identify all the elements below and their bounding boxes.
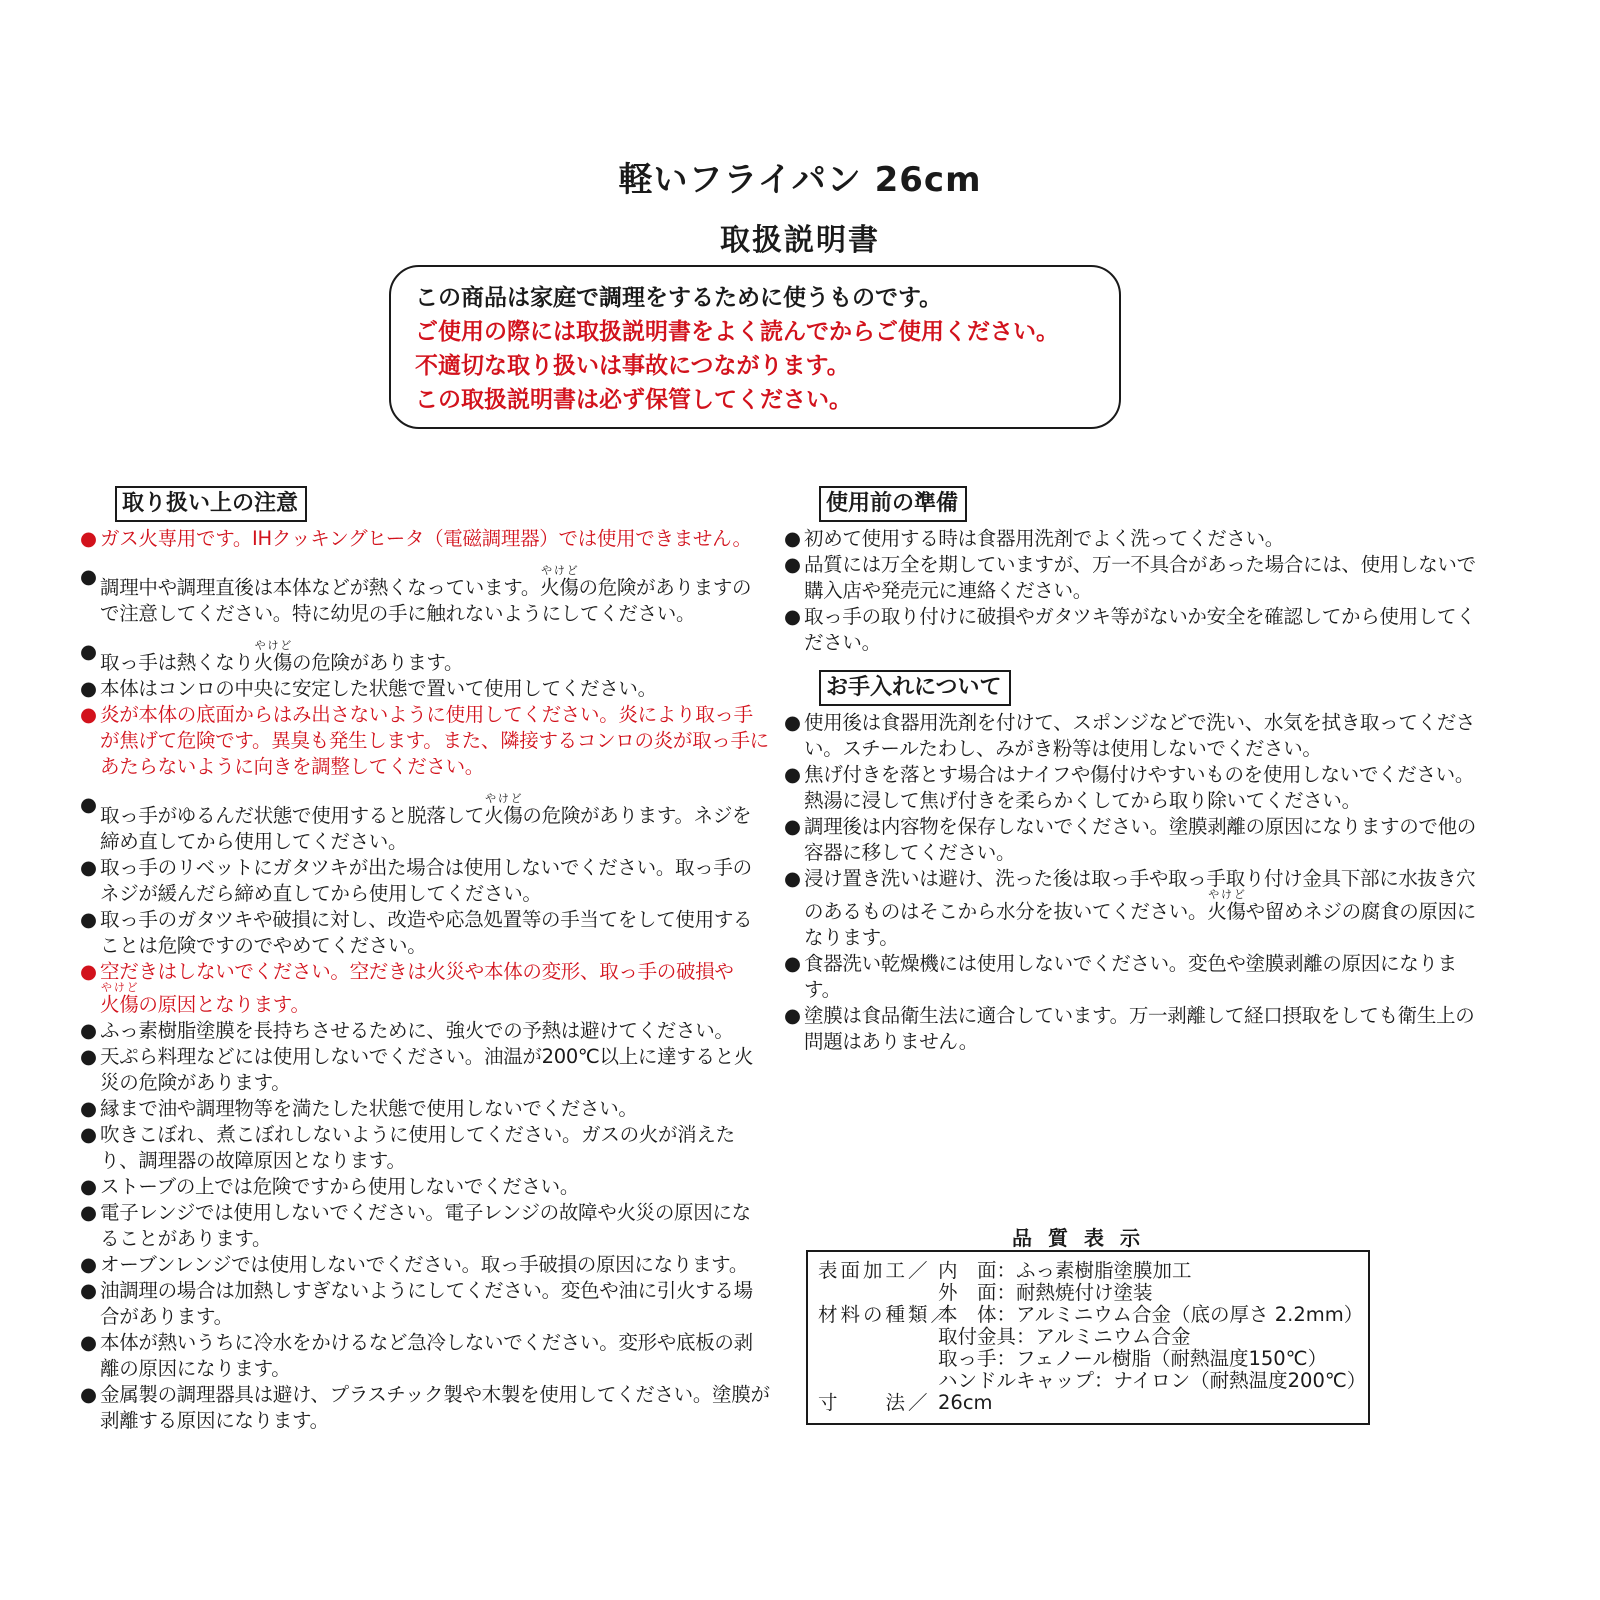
furigana: 火傷やけど — [484, 804, 522, 827]
quality-row: 外 面：耐熱焼付け塗装 — [818, 1282, 1368, 1304]
item-text: 初めて使用する時は食器用洗剤でよく洗ってください。 — [804, 527, 1284, 550]
item-text: 食器洗い乾燥機には使用しないでください。変色や塗膜剥離の原因になります。 — [804, 952, 1457, 1001]
list-item: ●調理中や調理直後は本体などが熱くなっています。火傷やけどの危険がありますので注… — [80, 564, 770, 627]
item-text: ガス火専用です。IHクッキングヒータ（電磁調理器）では使用できません。 — [100, 527, 752, 550]
list-item: ●使用後は食器用洗剤を付けて、スポンジなどで洗い、水気を拭き取ってください。スチ… — [784, 710, 1484, 762]
item-text: オーブンレンジでは使用しないでください。取っ手破損の原因になります。 — [100, 1253, 748, 1276]
list-item: ●調理後は内容物を保存しないでください。塗膜剥離の原因になりますので他の容器に移… — [784, 814, 1484, 866]
list-item: ●金属製の調理器具は避け、プラスチック製や木製を使用してください。塗膜が剥離する… — [80, 1382, 770, 1434]
bullet-icon: ● — [80, 1044, 97, 1070]
bullet-icon: ● — [80, 855, 97, 881]
quality-part: 取付金具 — [938, 1326, 1016, 1348]
item-text: 取っ手がゆるんだ状態で使用すると脱落して — [100, 804, 484, 827]
quality-value: ：アルミニウム合金（底の厚さ 2.2mm） — [997, 1304, 1364, 1326]
item-text: 取っ手は熱くなり — [100, 651, 254, 674]
handling-list: ●ガス火専用です。IHクッキングヒータ（電磁調理器）では使用できません。●調理中… — [80, 526, 770, 1434]
quality-value: ：ナイロン（耐熱温度200℃） — [1094, 1370, 1366, 1392]
list-item: ●食器洗い乾燥機には使用しないでください。変色や塗膜剥離の原因になります。 — [784, 951, 1484, 1003]
list-item: ●吹きこぼれ、煮こぼれしないように使用してください。ガスの火が消えたり、調理器の… — [80, 1122, 770, 1174]
bullet-icon: ● — [80, 564, 97, 590]
bullet-icon: ● — [784, 526, 801, 552]
section-heading-handling: 取り扱い上の注意 — [115, 486, 307, 522]
product-title: 軽いフライパン 26cm — [0, 152, 1600, 201]
list-item: ●取っ手がゆるんだ状態で使用すると脱落して火傷やけどの危険があります。ネジを締め… — [80, 792, 770, 855]
bullet-icon: ● — [784, 866, 801, 892]
list-item: ●取っ手は熱くなり火傷やけどの危険があります。 — [80, 639, 770, 676]
item-text: 調理中や調理直後は本体などが熱くなっています。 — [100, 576, 540, 599]
item-text: 本体はコンロの中央に安定した状態で置いて使用してください。 — [100, 677, 657, 700]
notice-line-warning: この取扱説明書は必ず保管してください。 — [415, 383, 1119, 417]
list-item: ●油調理の場合は加熱しすぎないようにしてください。変色や油に引火する場合がありま… — [80, 1278, 770, 1330]
furigana: 火傷やけど — [1207, 900, 1245, 923]
list-item: ●浸け置き洗いは避け、洗った後は取っ手や取っ手取り付け金具下部に水抜き穴のあるも… — [784, 866, 1484, 951]
quality-value: ：ふっ素樹脂塗膜加工 — [997, 1260, 1192, 1282]
bullet-icon: ● — [80, 1278, 97, 1304]
item-text: 取っ手の取り付けに破損やガタツキ等がないか安全を確認してから使用してください。 — [804, 605, 1475, 654]
bullet-icon: ● — [784, 552, 801, 578]
notice-box: この商品は家庭で調理をするために使うものです。 ご使用の際には取扱説明書をよく読… — [389, 265, 1121, 429]
item-text: の危険があります。 — [292, 651, 463, 674]
handling-section: 取り扱い上の注意 ●ガス火専用です。IHクッキングヒータ（電磁調理器）では使用で… — [80, 486, 770, 1434]
bullet-icon: ● — [80, 702, 97, 728]
quality-row: 取付金具：アルミニウム合金 — [818, 1326, 1368, 1348]
quality-value: ：耐熱焼付け塗装 — [997, 1282, 1153, 1304]
quality-label-table: 表面加工／内 面：ふっ素樹脂塗膜加工外 面：耐熱焼付け塗装材料の種類／本 体：ア… — [806, 1250, 1370, 1425]
list-item: ●電子レンジでは使用しないでください。電子レンジの故障や火災の原因になることがあ… — [80, 1200, 770, 1252]
item-text: ふっ素樹脂塗膜を長持ちさせるために、強火での予熱は避けてください。 — [100, 1019, 734, 1042]
bullet-icon: ● — [784, 951, 801, 977]
item-text: 炎が本体の底面からはみ出さないように使用してください。炎により取っ手が焦げて危険… — [100, 703, 769, 778]
bullet-icon: ● — [80, 526, 97, 552]
notice-line: この商品は家庭で調理をするために使うものです。 — [415, 281, 1119, 315]
item-text: 本体が熱いうちに冷水をかけるなど急冷しないでください。変形や底板の剥離の原因にな… — [100, 1331, 753, 1380]
quality-category — [818, 1326, 938, 1348]
list-item: ●品質には万全を期していますが、万一不具合があった場合には、使用しないで購入店や… — [784, 552, 1484, 604]
quality-value: ：フェノール樹脂（耐熱温度150℃） — [997, 1348, 1328, 1370]
item-text: 取っ手のガタツキや破損に対し、改造や応急処置等の手当てをして使用することは危険で… — [100, 908, 752, 957]
item-text: ストーブの上では危険ですから使用しないでください。 — [100, 1175, 579, 1198]
item-text: 調理後は内容物を保存しないでください。塗膜剥離の原因になりますので他の容器に移し… — [804, 815, 1476, 864]
preparation-list: ●初めて使用する時は食器用洗剤でよく洗ってください。●品質には万全を期しています… — [784, 526, 1484, 656]
list-item: ●取っ手の取り付けに破損やガタツキ等がないか安全を確認してから使用してください。 — [784, 604, 1484, 656]
item-text: 吹きこぼれ、煮こぼれしないように使用してください。ガスの火が消えたり、調理器の故… — [100, 1123, 735, 1172]
list-item: ●塗膜は食品衛生法に適合しています。万一剥離して経口摂取をしても衛生上の問題はあ… — [784, 1003, 1484, 1055]
quality-row: ハンドルキャップ：ナイロン（耐熱温度200℃） — [818, 1370, 1368, 1392]
list-item: ●ガス火専用です。IHクッキングヒータ（電磁調理器）では使用できません。 — [80, 526, 770, 552]
quality-category — [818, 1282, 938, 1304]
item-text: 品質には万全を期していますが、万一不具合があった場合には、使用しないで購入店や発… — [804, 553, 1476, 602]
bullet-icon: ● — [80, 1330, 97, 1356]
bullet-icon: ● — [80, 1200, 97, 1226]
quality-label-title: 品質表示 — [1012, 1222, 1156, 1251]
item-text: 電子レンジでは使用しないでください。電子レンジの故障や火災の原因になることがあり… — [100, 1201, 751, 1250]
quality-value: ：アルミニウム合金 — [1016, 1326, 1191, 1348]
list-item: ●ストーブの上では危険ですから使用しないでください。 — [80, 1174, 770, 1200]
quality-category — [818, 1370, 938, 1392]
item-text: 使用後は食器用洗剤を付けて、スポンジなどで洗い、水気を拭き取ってください。スチー… — [804, 711, 1475, 760]
bullet-icon: ● — [80, 1252, 97, 1278]
quality-part: 内 面 — [938, 1260, 997, 1282]
quality-row: 表面加工／内 面：ふっ素樹脂塗膜加工 — [818, 1260, 1368, 1282]
bullet-icon: ● — [784, 1003, 801, 1029]
bullet-icon: ● — [784, 710, 801, 736]
list-item: ●本体はコンロの中央に安定した状態で置いて使用してください。 — [80, 676, 770, 702]
bullet-icon: ● — [80, 959, 97, 985]
quality-category: 表面加工／ — [818, 1260, 938, 1282]
bullet-icon: ● — [784, 814, 801, 840]
bullet-icon: ● — [80, 1122, 97, 1148]
furigana: 火傷やけど — [540, 576, 578, 599]
furigana: 火傷やけど — [100, 993, 138, 1016]
bullet-icon: ● — [80, 639, 97, 665]
quality-part: 外 面 — [938, 1282, 997, 1304]
list-item: ●ふっ素樹脂塗膜を長持ちさせるために、強火での予熱は避けてください。 — [80, 1018, 770, 1044]
quality-row: 材料の種類／本 体：アルミニウム合金（底の厚さ 2.2mm） — [818, 1304, 1368, 1326]
quality-category — [818, 1348, 938, 1370]
list-item: ●取っ手のリベットにガタツキが出た場合は使用しないでください。取っ手のネジが緩ん… — [80, 855, 770, 907]
bullet-icon: ● — [80, 1018, 97, 1044]
quality-part: ハンドルキャップ — [938, 1370, 1094, 1392]
item-text: 金属製の調理器具は避け、プラスチック製や木製を使用してください。塗膜が剥離する原… — [100, 1383, 770, 1432]
bullet-icon: ● — [80, 1174, 97, 1200]
preparation-care-section: 使用前の準備 ●初めて使用する時は食器用洗剤でよく洗ってください。●品質には万全… — [784, 486, 1484, 1055]
bullet-icon: ● — [784, 604, 801, 630]
quality-category: 寸 法／ — [818, 1392, 938, 1414]
bullet-icon: ● — [80, 676, 97, 702]
manual-title: 取扱説明書 — [0, 215, 1600, 259]
notice-line-warning: 不適切な取り扱いは事故につながります。 — [415, 349, 1119, 383]
list-item: ●取っ手のガタツキや破損に対し、改造や応急処置等の手当てをして使用することは危険… — [80, 907, 770, 959]
list-item: ●炎が本体の底面からはみ出さないように使用してください。炎により取っ手が焦げて危… — [80, 702, 770, 780]
list-item: ●焦げ付きを落とす場合はナイフや傷付けやすいものを使用しないでください。熱湯に浸… — [784, 762, 1484, 814]
quality-value: 26cm — [938, 1392, 993, 1414]
list-item: ●天ぷら料理などには使用しないでください。油温が200℃以上に達すると火災の危険… — [80, 1044, 770, 1096]
quality-row: 寸 法／26cm — [818, 1392, 1368, 1414]
item-text: 焦げ付きを落とす場合はナイフや傷付けやすいものを使用しないでください。熱湯に浸し… — [804, 763, 1474, 812]
quality-row: 取っ手：フェノール樹脂（耐熱温度150℃） — [818, 1348, 1368, 1370]
section-heading-preparation: 使用前の準備 — [819, 486, 967, 522]
list-item: ●縁まで油や調理物等を満たした状態で使用しないでください。 — [80, 1096, 770, 1122]
item-text: 取っ手のリベットにガタツキが出た場合は使用しないでください。取っ手のネジが緩んだ… — [100, 856, 752, 905]
item-text: 縁まで油や調理物等を満たした状態で使用しないでください。 — [100, 1097, 638, 1120]
bullet-icon: ● — [80, 1096, 97, 1122]
list-item: ●本体が熱いうちに冷水をかけるなど急冷しないでください。変形や底板の剥離の原因に… — [80, 1330, 770, 1382]
quality-part: 本 体 — [938, 1304, 997, 1326]
bullet-icon: ● — [80, 1382, 97, 1408]
bullet-icon: ● — [784, 762, 801, 788]
list-item: ●初めて使用する時は食器用洗剤でよく洗ってください。 — [784, 526, 1484, 552]
item-text: 空だきはしないでください。空だきは火災や本体の変形、取っ手の破損や — [100, 960, 734, 983]
item-text: の原因となります。 — [138, 993, 309, 1016]
section-heading-care: お手入れについて — [819, 670, 1011, 706]
quality-category: 材料の種類／ — [818, 1304, 938, 1326]
item-text: 天ぷら料理などには使用しないでください。油温が200℃以上に達すると火災の危険が… — [100, 1045, 753, 1094]
list-item: ●オーブンレンジでは使用しないでください。取っ手破損の原因になります。 — [80, 1252, 770, 1278]
furigana: 火傷やけど — [254, 651, 292, 674]
item-text: 塗膜は食品衛生法に適合しています。万一剥離して経口摂取をしても衛生上の問題はあり… — [804, 1004, 1474, 1053]
item-text: 油調理の場合は加熱しすぎないようにしてください。変色や油に引火する場合があります… — [100, 1279, 753, 1328]
care-list: ●使用後は食器用洗剤を付けて、スポンジなどで洗い、水気を拭き取ってください。スチ… — [784, 710, 1484, 1055]
notice-line-warning: ご使用の際には取扱説明書をよく読んでからご使用ください。 — [415, 315, 1119, 349]
list-item: ●空だきはしないでください。空だきは火災や本体の変形、取っ手の破損や火傷やけどの… — [80, 959, 770, 1018]
bullet-icon: ● — [80, 907, 97, 933]
quality-part: 取っ手 — [938, 1348, 997, 1370]
bullet-icon: ● — [80, 792, 97, 818]
